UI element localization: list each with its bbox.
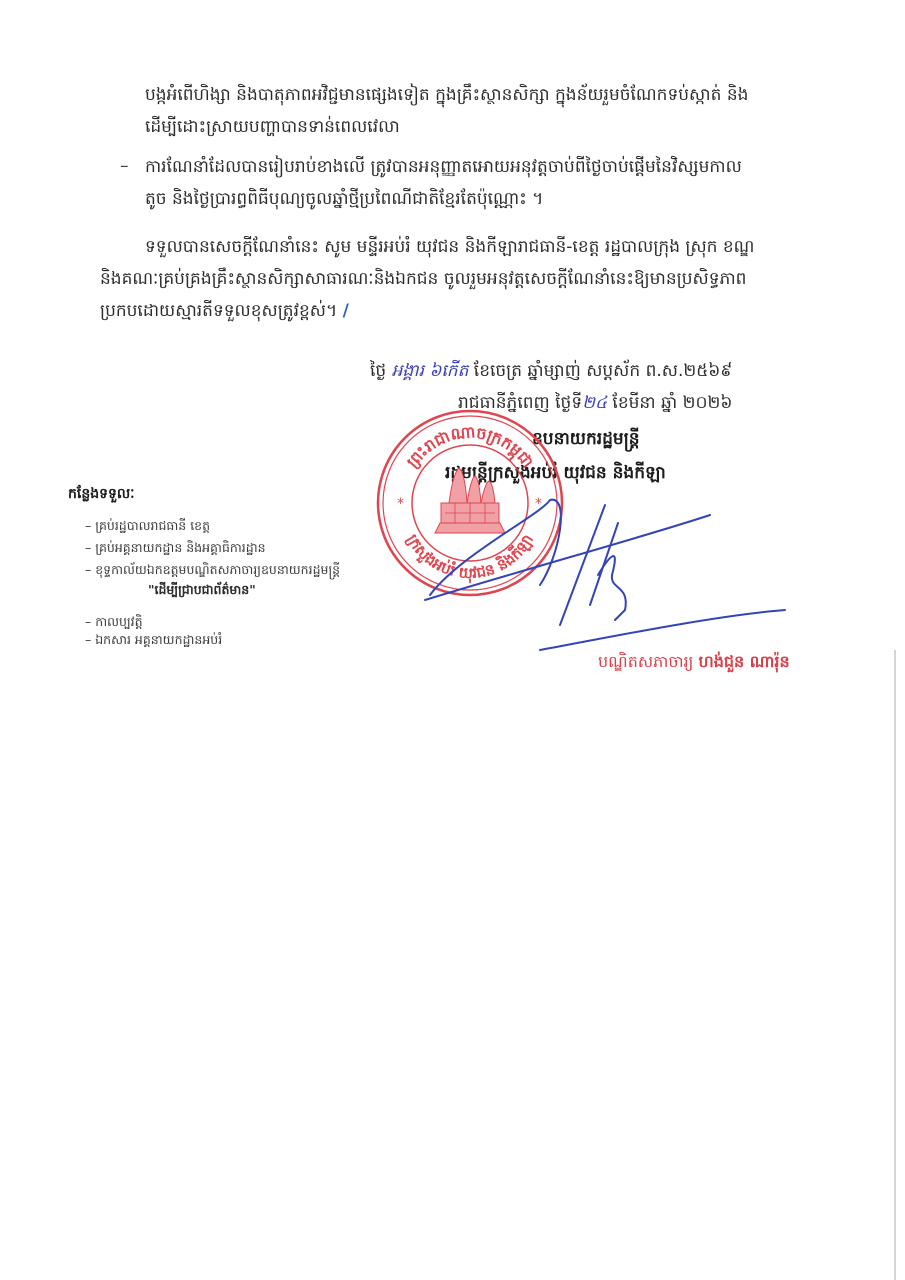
signature-icon (420, 495, 800, 665)
document-page: បង្កអំពើហិង្សា និងបាតុភាពអវិជ្ជមានផ្សេងទ… (0, 0, 905, 1280)
recipient-item: – គ្រប់អគ្គនាយកដ្ឋាន និងអគ្គាធិការដ្ឋាន (85, 540, 266, 556)
recipient-item: – ឯកសារ អគ្គនាយកដ្ឋានអប់រំ (85, 632, 222, 648)
closing-line: ប្រកបដោយស្មារតីទទួលខុសត្រូវខ្ពស់។ / (100, 300, 349, 322)
closing-line: និងគណៈគ្រប់គ្រងគ្រឹះស្ថានសិក្សាសាធារណៈនិ… (100, 268, 746, 290)
recipient-item: – ខុទ្ទកាល័យឯកឧត្តមបណ្ឌិតសភាចារ្យឧបនាយករ… (85, 562, 340, 578)
paragraph-line: ដើម្បីដោះស្រាយបញ្ហាបានទាន់ពេលវេលា (145, 116, 400, 138)
signer-full-name: ហង់ជួន ណារ៉ុន (698, 652, 789, 671)
lunar-date-prefix: ថ្ងៃ (370, 361, 386, 381)
signer-academic-title: បណ្ឌិតសភាចារ្យ (598, 652, 693, 671)
recipient-item: – គ្រប់រដ្ឋបាលរាជធានី ខេត្ត (85, 518, 210, 534)
lunar-date: ថ្ងៃ អង្គារ ៦កើត ខែចេត្រ ឆ្នាំម្សាញ់ សប្… (370, 360, 732, 382)
paragraph-line: បង្កអំពើហិង្សា និងបាតុភាពអវិជ្ជមានផ្សេងទ… (145, 84, 748, 106)
closing-text: ប្រកបដោយស្មារតីទទួលខុសត្រូវខ្ពស់។ (100, 301, 337, 321)
page-edge-divider (894, 650, 896, 1280)
bullet-line: ការណែនាំដែលបានរៀបរាប់ខាងលើ ត្រូវបានអនុញ្… (145, 156, 742, 178)
recipient-item: – កាលប្បវត្តិ (85, 614, 143, 630)
solar-date-handwritten: ២៤ (582, 393, 607, 413)
handwritten-mark: / (343, 301, 349, 321)
bullet-line: តូច និងថ្ងៃប្រារព្ធពិធីបុណ្យចូលឆ្នាំថ្មី… (145, 188, 543, 210)
signer-name: បណ្ឌិតសភាចារ្យ ហង់ជួន ណារ៉ុន (598, 651, 790, 675)
svg-text:*: * (397, 496, 404, 512)
closing-line: ទទួលបានសេចក្តីណែនាំនេះ សូម មន្ទីរអប់រំ យ… (145, 236, 754, 258)
lunar-date-suffix: ខែចេត្រ ឆ្នាំម្សាញ់ សប្តស័ក ព.ស.២៥៦៩ (474, 361, 733, 381)
solar-date-suffix: ខែមីនា ឆ្នាំ ២០២៦ (612, 393, 732, 413)
lunar-date-handwritten: អង្គារ ៦កើត (392, 361, 469, 381)
recipients-title: កន្លែងទទួលៈ (68, 484, 134, 505)
bullet-dash: – (120, 156, 129, 176)
recipient-note: "ដើម្បីជ្រាបជាព័ត៌មាន" (148, 582, 256, 601)
